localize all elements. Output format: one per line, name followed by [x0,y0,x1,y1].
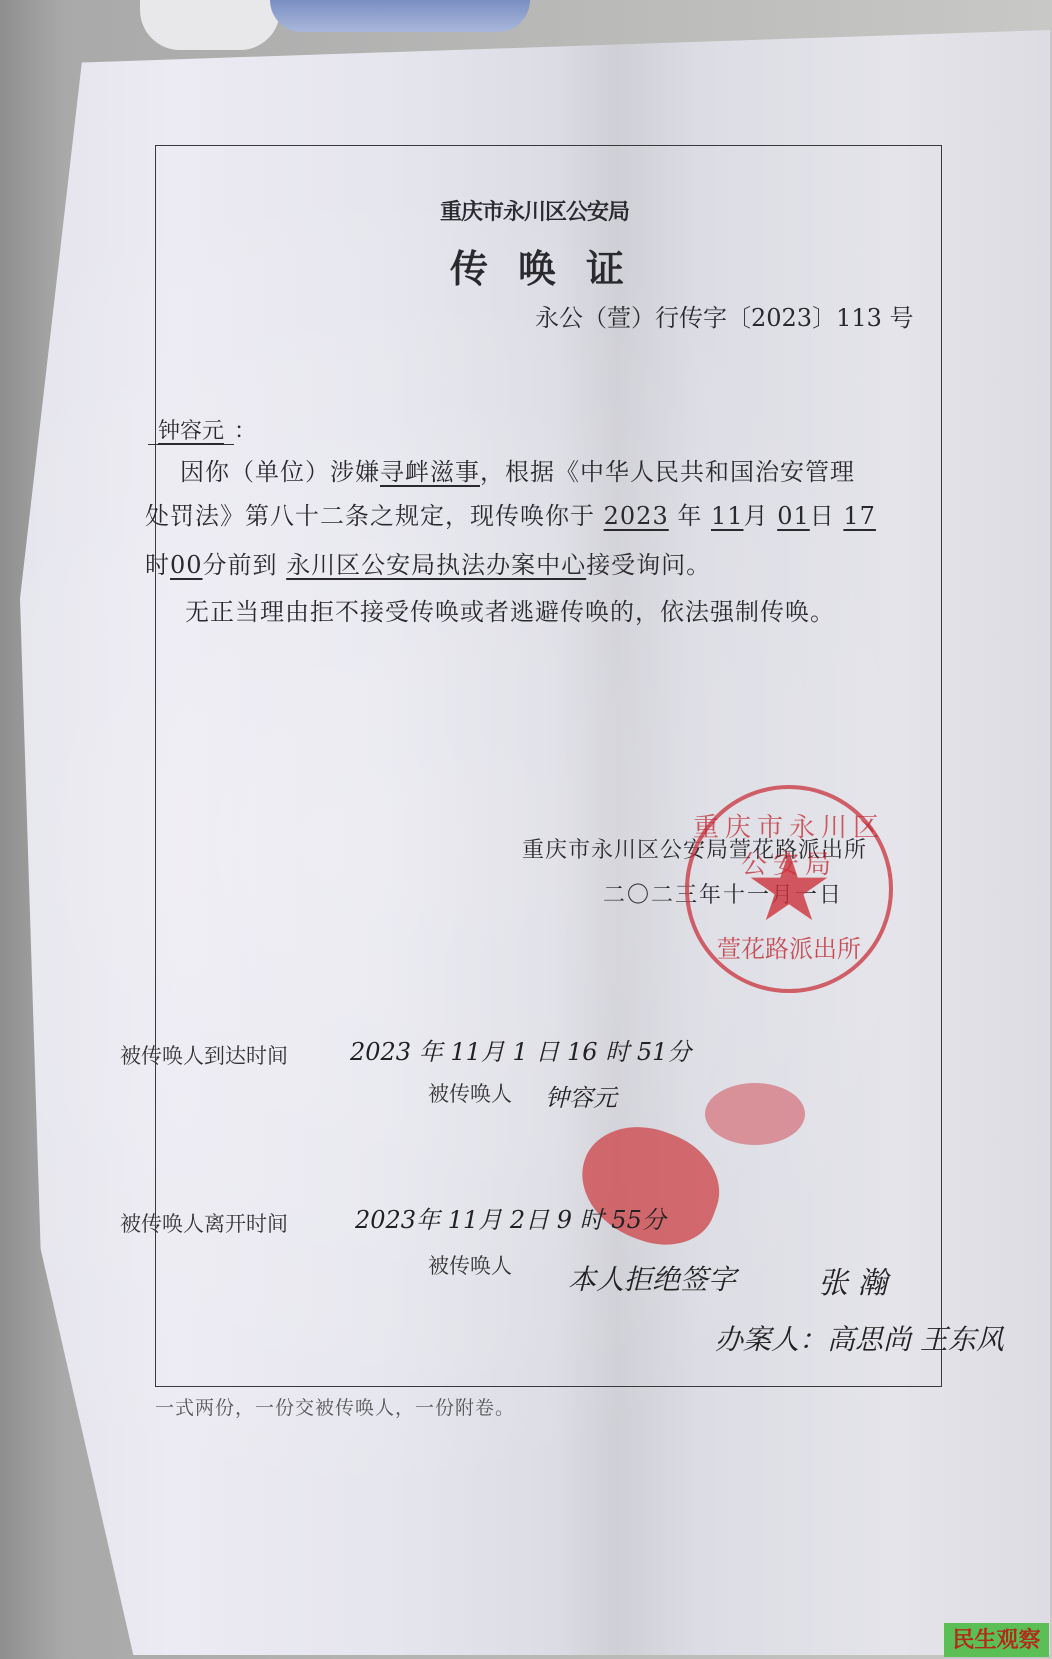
departure-time-handwritten: 2023年 11月 2日 9 时 55分 [355,1200,666,1235]
arrival-time-label: 被传唤人到达时间 [120,1040,288,1070]
summons-minute: 00 [170,551,203,579]
fingerprint-mark [705,1083,805,1145]
refusal-note: 本人拒绝签字 [568,1258,736,1298]
document-number: 永公（萱）行传字〔2023〕113 号 [535,298,914,333]
summons-day: 01 [777,502,810,530]
addressee: 钟容元： [148,414,256,445]
issuing-agency: 重庆市永川区公安局 [440,195,629,226]
addressee-name: 钟容元 [148,419,234,445]
case-handlers: 办案人：高思尚 王东风 [715,1318,1004,1358]
departure-signature-label: 被传唤人 [428,1250,512,1280]
body-line-2: 处罚法》第八十二条之规定，现传唤你于 2023 年 11月 01日 17 [145,496,876,531]
watermark-badge: 民生观察 [944,1623,1049,1657]
arrival-signature-label: 被传唤人 [428,1078,512,1108]
official-seal: 重庆市永川区公安局 萱花路派出所 [685,785,893,993]
background-cloth [270,0,530,32]
body-line-1: 因你（单位）涉嫌寻衅滋事，根据《中华人民共和国治安管理 [180,452,855,487]
body-line-3: 时00分前到 永川区公安局执法办案中心接受询问。 [145,545,711,580]
footnote: 一式两份，一份交被传唤人，一份附卷。 [155,1393,515,1420]
document-title: 传唤证 [450,238,654,293]
seal-bottom-text: 萱花路派出所 [689,929,889,964]
background-object [140,0,280,50]
summons-location: 永川区公安局执法办案中心 [286,551,586,579]
arrival-time-handwritten: 2023 年 11月 1 日 16 时 51分 [350,1032,691,1067]
summons-month: 11 [711,502,744,530]
officer-signature: 张 瀚 [818,1258,888,1302]
warning-text: 无正当理由拒不接受传唤或者逃避传唤的，依法强制传唤。 [185,592,835,627]
summons-hour: 17 [843,502,876,530]
arrival-signature: 钟容元 [545,1078,617,1113]
offense: 寻衅滋事 [380,458,480,486]
departure-time-label: 被传唤人离开时间 [120,1208,288,1238]
summons-year: 2023 [604,502,669,530]
